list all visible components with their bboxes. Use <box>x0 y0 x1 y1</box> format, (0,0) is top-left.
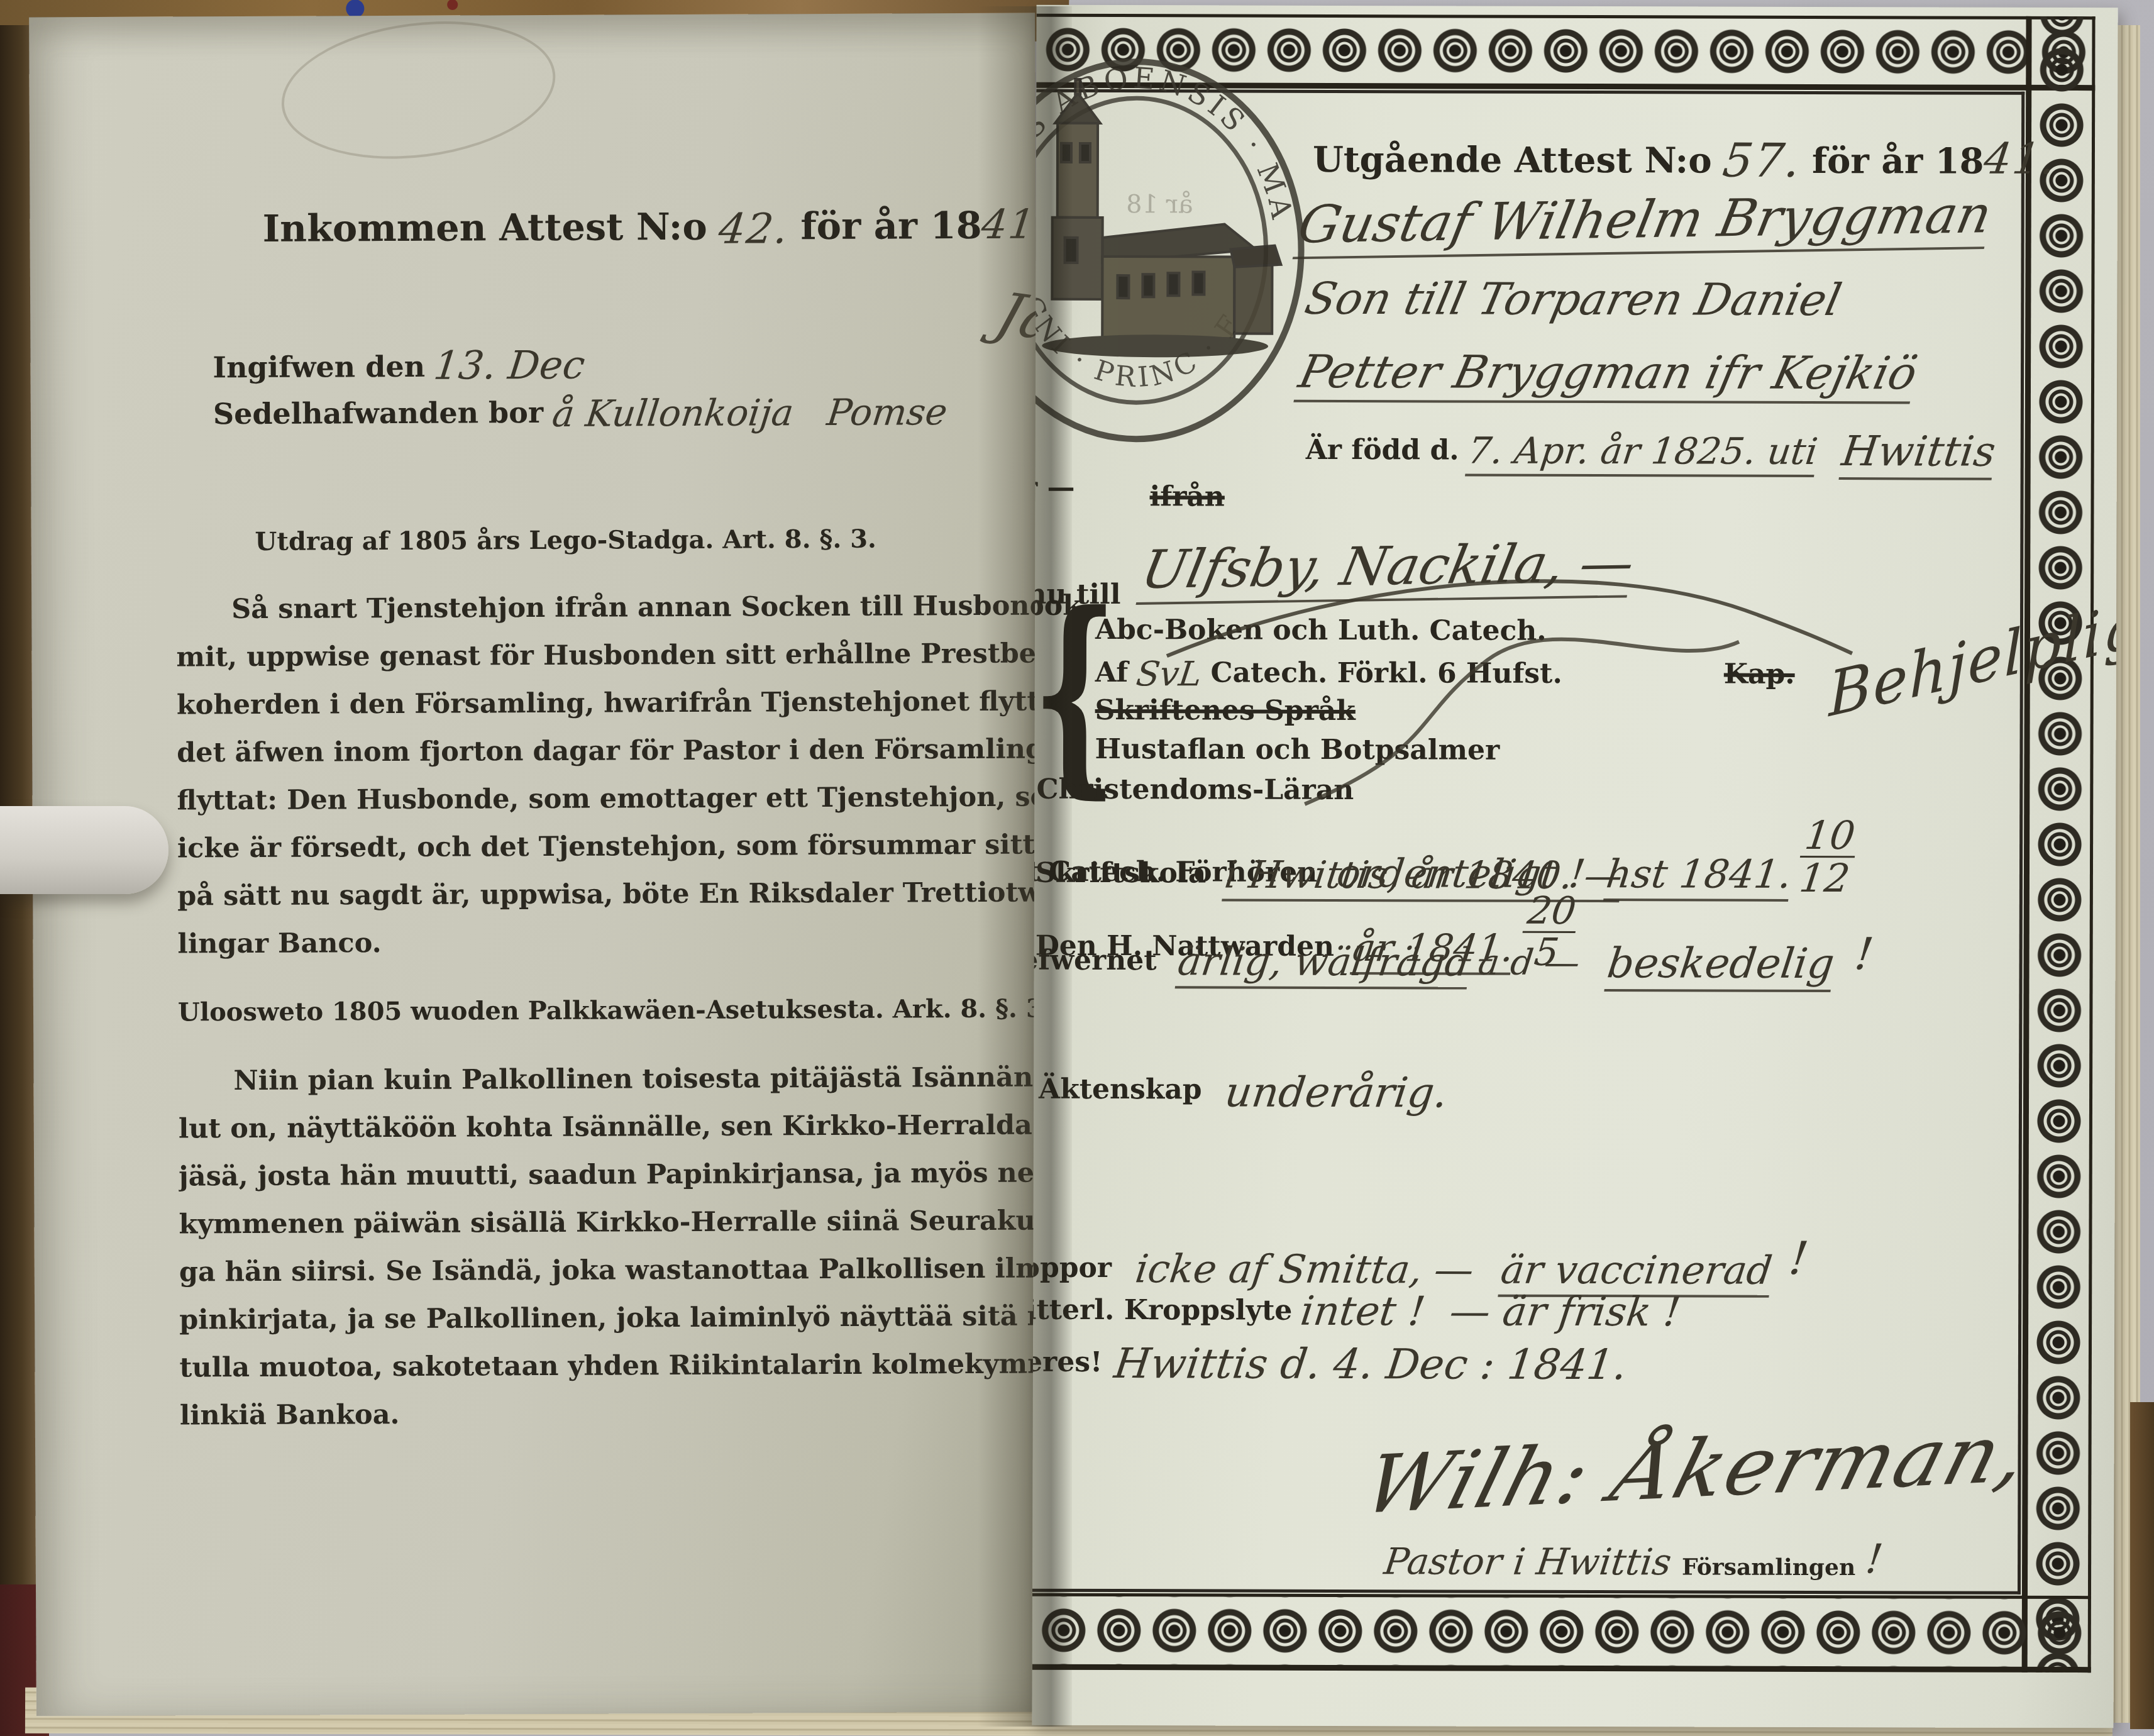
finnish-statute-heading: Uloosweto 1805 wuoden Palkkawäen-Asetuks… <box>178 994 958 1027</box>
text-line: mit, uppwise genast för Husbonden sitt e… <box>176 629 1041 681</box>
text-line: kymmenen päiwän sisällä Kirkko-Herralle … <box>179 1197 1042 1248</box>
text-line: flyttat: Den Husbonde, som emottager ett… <box>177 773 1041 824</box>
holder-label: Sedelhafwanden bor <box>213 395 543 431</box>
faint-oval-stamp <box>273 13 563 174</box>
left-page-title: Inkommen Attest N:o 42. för år 1841 <box>262 202 1036 255</box>
holder-value2-handwritten: Pomse <box>825 390 950 434</box>
text-line: Så snart Tjenstehjon ifrån annan Socken … <box>176 582 1041 633</box>
text-line: lut on, näyttäköön kohta Isännälle, sen … <box>179 1101 1042 1153</box>
text-line: det äfwen inom fjorton dagar för Pastor … <box>177 725 1041 777</box>
text-line: Niin pian kuin Palkollinen toisesta pitä… <box>178 1053 1042 1105</box>
left-page: Inkommen Attest N:o 42. för år 1841 Ingi… <box>29 13 1042 1717</box>
swedish-statute-paragraph: Så snart Tjenstehjon ifrån annan Socken … <box>176 582 1042 968</box>
center-fold-shadow <box>978 6 1072 1727</box>
holder-row: Sedelhafwanden bor å Kullonkoija Pomse <box>213 390 947 436</box>
finnish-statute-paragraph: Niin pian kuin Palkollinen toisesta pitä… <box>178 1053 1042 1439</box>
text-line: koherden i den Församling, hwarifrån Tje… <box>177 677 1041 729</box>
text-line: ga hän siirsi. Se Isändä, joka wastanott… <box>179 1244 1042 1296</box>
swedish-statute-heading: Utdrag af 1805 års Lego-Stadga. Art. 8. … <box>176 524 956 556</box>
holder-value-handwritten: å Kullonkoija <box>550 391 796 435</box>
received-row: Ingifwen den 13. Dec <box>213 342 585 390</box>
text-line: lingar Banco. <box>177 916 1042 968</box>
left-title-prefix: Inkommen Attest N:o <box>262 205 707 250</box>
text-line: pinkirjata, ja se Palkollinen, joka laim… <box>179 1292 1042 1344</box>
text-line: på sätt nu sagdt är, uppwisa, böte En Ri… <box>177 868 1042 920</box>
right-page: CESIS ABOENSIS · MA GNI · PRINC · F <box>1032 5 2118 1728</box>
text-line: icke är försedt, och det Tjenstehjon, so… <box>177 821 1042 872</box>
received-value-handwritten: 13. Dec <box>431 342 587 389</box>
text-line: jäsä, josta hän muutti, saadun Papinkirj… <box>179 1149 1042 1200</box>
page-holder-rod <box>0 806 168 894</box>
photo-of-open-parish-register: Inkommen Attest N:o 42. för år 1841 Ingi… <box>0 0 2154 1736</box>
text-line: tulla muotoa, sakotetaan yhden Riikintal… <box>179 1340 1042 1391</box>
received-label: Ingifwen den <box>213 350 425 384</box>
pen-flourish-strokes <box>1032 5 2118 1728</box>
left-title-mid: för år 18 <box>800 204 982 248</box>
text-line: linkiä Bankoa. <box>180 1388 1042 1439</box>
left-title-number-handwritten: 42. <box>716 204 792 253</box>
book-cover-right-edge <box>2130 1402 2154 1729</box>
